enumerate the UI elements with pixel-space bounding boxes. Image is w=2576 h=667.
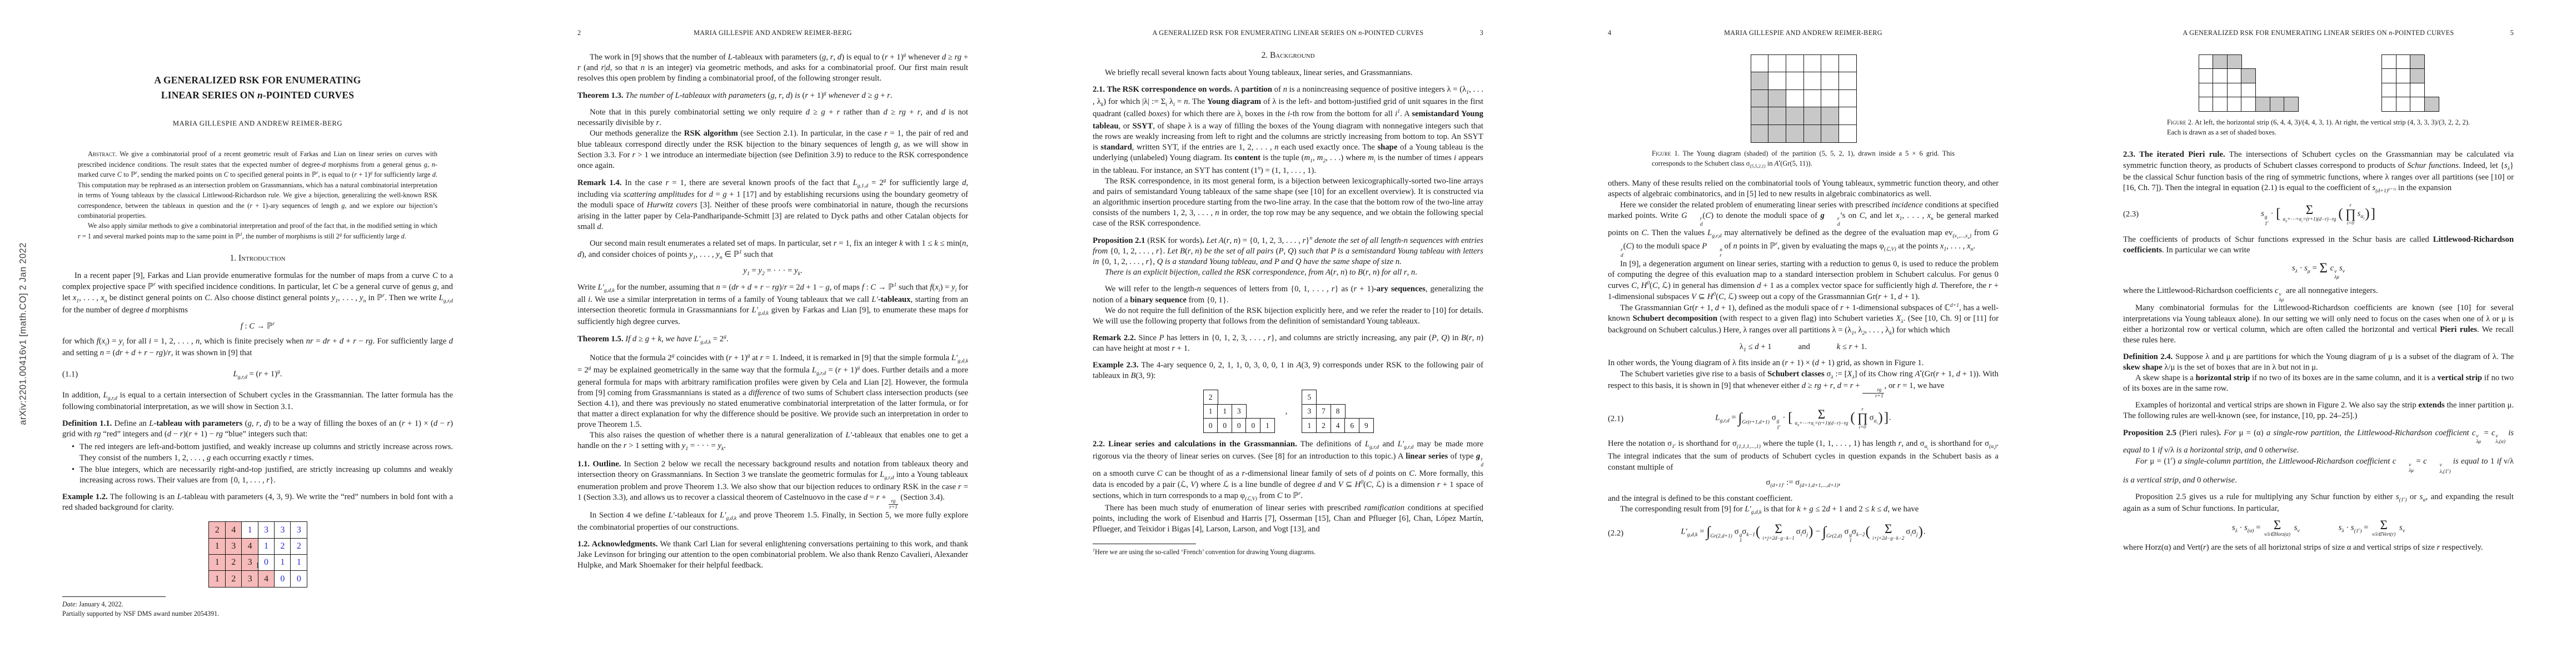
numbered-equation: (2.2)L′g,d,k = ∫Gr(2,d+1)σg1σk−1(Σi+j=2d… — [1608, 523, 1999, 544]
young-diagram-figure — [1608, 54, 1999, 143]
vertical-spacer — [2123, 38, 2514, 46]
paragraph: where the Littlewood-Richardson coeffici… — [2123, 286, 2514, 303]
paragraph: We will refer to the length-n sequences … — [1093, 284, 1483, 305]
tableau-cell: 2 — [1316, 418, 1331, 433]
tableau-cell: 3 — [1302, 404, 1317, 419]
grid-cell — [2199, 83, 2214, 98]
grid-cell — [2396, 68, 2411, 83]
grid-cell — [2227, 83, 2242, 98]
paragraph: In other words, the Young diagram of λ f… — [1608, 358, 1999, 369]
grid-row — [2199, 83, 2255, 98]
paper-authors: MARIA GILLESPIE AND ANDREW REIMER-BERG — [62, 120, 453, 128]
red-tableau-cell: 2 — [208, 521, 226, 539]
equation-body: Lg,r,d = (r + 1)g. — [233, 369, 282, 380]
grid-cell — [2227, 54, 2242, 69]
paragraph: We do not require the full definition of… — [1093, 306, 1483, 327]
paragraph: The work in [9] shows that the number of… — [577, 52, 968, 84]
grid-cell — [1803, 72, 1822, 90]
tableau-cell: 6 — [1344, 418, 1359, 433]
running-head-center: A GENERALIZED RSK FOR ENUMERATING LINEAR… — [1152, 29, 1423, 37]
equation-body: sg1r · [Σα0+⋯+αr=(r+1)(d−r)−rg(r∏i=0sαi)… — [2261, 202, 2376, 227]
grid-cell — [1751, 72, 1769, 90]
running-head — [62, 29, 453, 38]
running-head: A GENERALIZED RSK FOR ENUMERATING LINEAR… — [1093, 29, 1483, 38]
display-math: λ1 ≤ d + 1andk ≤ r + 1. — [1608, 342, 1999, 353]
paragraph: Note that in this purely combinatorial s… — [577, 107, 968, 128]
footnote-text: 1Here we are using the so-called ‘French… — [1093, 547, 1483, 557]
tableau-cell: 7 — [1316, 404, 1331, 419]
paragraph: Here the notation σ1r is shorthand for σ… — [1608, 439, 1999, 472]
paragraph: The Grassmannian Gr(r + 1, d + 1), defin… — [1608, 302, 1999, 337]
equation-body: Lg,r,d = ∫Gr(r+1,d+1)σg1r · [Σα0+⋯+αr=(r… — [1715, 406, 1891, 431]
paragraph: The corresponding result from [9] for L′… — [1608, 504, 1999, 516]
grid-cell — [2213, 68, 2228, 83]
paragraph: Many combinatorial formulas for the Litt… — [2123, 303, 2514, 345]
grid-cell — [1768, 54, 1786, 73]
blue-tableau-cell: 3 — [258, 521, 275, 539]
grid-cell — [2199, 68, 2214, 83]
tableau-cell: 0 — [1232, 418, 1247, 433]
grid-cell — [2199, 54, 2214, 69]
blue-tableau-cell: 2 — [290, 538, 307, 555]
grid-row — [1751, 72, 1856, 90]
blue-tableau-cell: 0 — [290, 570, 307, 588]
grid-cell — [1821, 107, 1839, 125]
page-4: 4MARIA GILLESPIE AND ANDREW REIMER-BERGF… — [1546, 0, 2061, 667]
grid-cell — [2213, 97, 2228, 112]
equation-number: (1.1) — [62, 370, 78, 379]
paragraph: In [9], a degeneration argument on linea… — [1608, 259, 1999, 302]
paragraph: 1.1. Outline. In Section 2 below we reca… — [577, 459, 968, 510]
numbered-equation: (2.1)Lg,r,d = ∫Gr(r+1,d+1)σg1r · [Σα0+⋯+… — [1608, 406, 1999, 431]
page-body: Figure 1. The Young diagram (shaded) of … — [1546, 38, 2061, 544]
paragraph: 1.2. Acknowledgments. We thank Carl Lian… — [577, 539, 968, 571]
grid-cell — [2284, 97, 2299, 112]
grid-cell — [1786, 54, 1804, 73]
grid-cell — [2424, 97, 2439, 112]
footer-line: Partially supported by NSF DMS award num… — [62, 609, 453, 619]
tableau-cell: 0 — [1217, 418, 1232, 433]
paragraph: In a recent paper [9], Farkas and Lian p… — [62, 271, 453, 316]
section-heading: 1. Introduction — [62, 253, 453, 263]
grid-cell — [2381, 54, 2396, 69]
paragraph: There has been much study of enumeration… — [1093, 503, 1483, 535]
paragraph: Proposition 2.5 (Pieri rules). For μ = (… — [2123, 428, 2514, 456]
paragraph: For μ = (1r) a single-column partition, … — [2123, 456, 2514, 486]
paragraph: In addition, Lg,r,d is equal to a certai… — [62, 390, 453, 413]
grid-cell — [1751, 89, 1769, 108]
grid-cell — [2381, 68, 2396, 83]
grid-cell — [1821, 54, 1839, 73]
red-tableau-cell: 2 — [225, 570, 242, 588]
grid-cell — [1803, 125, 1822, 143]
red-tableau-cell: 1 — [208, 538, 226, 555]
grid-cell — [1821, 72, 1839, 90]
paragraph: A skew shape is a horizontal strip if no… — [2123, 373, 2514, 394]
paragraph: others. Many of these results relied on … — [1608, 178, 1999, 200]
page-body: 2. BackgroundWe briefly recall several k… — [1030, 51, 1546, 557]
paragraph: Remark 2.2. Since P has letters in {0, 1… — [1093, 333, 1483, 354]
grid-cell — [1803, 89, 1822, 108]
grid-cell — [1838, 89, 1857, 108]
grid-row — [1751, 107, 1856, 125]
grid-cell — [1821, 89, 1839, 108]
page-body: A GENERALIZED RSK FOR ENUMERATINGLINEAR … — [0, 73, 515, 619]
paragraph: 2.3. The iterated Pieri rule. The inters… — [2123, 150, 2514, 195]
page-5: A GENERALIZED RSK FOR ENUMERATING LINEAR… — [2061, 0, 2576, 667]
grid-cell — [1786, 89, 1804, 108]
arxiv-watermark-text: arXiv:2201.00416v1 [math.CO] 2 Jan 2022 — [18, 242, 29, 425]
grid-cell — [2410, 97, 2425, 112]
paragraph: for which f(xi) = yi for all i = 1, 2, .… — [62, 336, 453, 359]
grid-cell — [2227, 68, 2242, 83]
paragraph: Here we consider the related problem of … — [1608, 200, 1999, 259]
display-math: y1 = y2 = · · · = yk. — [577, 266, 968, 277]
paragraph: The coefficients of products of Schur fu… — [2123, 235, 2514, 256]
grid-cell — [1786, 125, 1804, 143]
grid-cell — [2396, 97, 2411, 112]
grid-cell — [2396, 83, 2411, 98]
grid-row — [2381, 68, 2424, 83]
section-heading: 2. Background — [1093, 51, 1483, 61]
page-3: A GENERALIZED RSK FOR ENUMERATING LINEAR… — [1030, 0, 1546, 667]
paragraph: 2.1. The RSK correspondence on words. A … — [1093, 84, 1483, 176]
paragraph: Our methods generalize the RSK algorithm… — [577, 128, 968, 171]
grid-row — [1751, 125, 1856, 143]
l-tableau-figure: 241333134122123011123400 — [62, 521, 453, 588]
grid-cell — [1751, 107, 1769, 125]
paragraph: Proposition 2.5 gives us a rule for mult… — [2123, 492, 2514, 515]
running-head-center: MARIA GILLESPIE AND ANDREW REIMER-BERG — [694, 29, 852, 37]
paragraph: Our second main result enumerates a rela… — [577, 238, 968, 262]
grid-cell — [2227, 97, 2242, 112]
grid-row — [1751, 54, 1856, 73]
grid-cell — [1838, 54, 1857, 73]
bullet-list: The red integers are left-and-bottom jus… — [71, 442, 453, 485]
grid-cell — [2410, 68, 2425, 83]
grid-row — [2199, 54, 2241, 69]
running-head-left: 4 — [1608, 29, 1611, 37]
red-tableau-cell: 4 — [258, 570, 275, 588]
grid-cell — [1786, 72, 1804, 90]
grid-cell — [2270, 97, 2285, 112]
paragraph: Example 1.2. The following is an L-table… — [62, 492, 453, 513]
running-head: 2MARIA GILLESPIE AND ANDREW REIMER-BERG — [577, 29, 968, 38]
tableau-row: 378 — [1302, 404, 1344, 419]
grid-cell — [1803, 107, 1822, 125]
grid-cell — [2213, 83, 2228, 98]
tableau-cell: 4 — [1331, 418, 1346, 433]
display-math: sλ · sμ = Σ cνλμsν — [2123, 261, 2514, 281]
front-matter-footer: Date: January 4, 2022.Partially supporte… — [62, 596, 453, 619]
grid-cell — [1751, 125, 1769, 143]
tableau-cell: 0 — [1203, 418, 1218, 433]
running-head-right: 5 — [2510, 29, 2514, 37]
vertical-spacer — [2123, 137, 2514, 150]
tableau-row: 5 — [1302, 390, 1316, 405]
grid-row — [2199, 68, 2255, 83]
red-tableau-cell: 3 — [241, 570, 258, 588]
blue-tableau-cell: 1 — [258, 538, 275, 555]
grid-cell — [1786, 107, 1804, 125]
bullet-item: The red integers are left-and-bottom jus… — [71, 442, 453, 463]
grid-cell — [2241, 83, 2256, 98]
bullet-item: The blue integers, which are necessarily… — [71, 465, 453, 486]
tableau-row: 123400 — [208, 570, 306, 588]
grid-row — [2381, 54, 2424, 69]
tableau-row: 00001 — [1203, 418, 1274, 433]
paragraph: where Horz(α) and Vert(r) are the sets o… — [2123, 542, 2514, 553]
figure-caption: Figure 2. At left, the horizontal strip … — [2167, 117, 2470, 137]
red-tableau-cell: 4 — [225, 521, 242, 539]
paragraph: Remark 1.4. In the case r = 1, there are… — [577, 177, 968, 232]
bottom-page-number: 1 — [0, 561, 515, 570]
blue-tableau-cell: 3 — [274, 521, 291, 539]
rsk-tableau-pair: 211300001,537812469 — [1093, 390, 1483, 433]
paragraph: 2.2. Linear series and calculations in t… — [1093, 439, 1483, 503]
horizontal-strip-grid — [2199, 54, 2298, 112]
grid-cell — [1838, 107, 1857, 125]
grid-cell — [2410, 54, 2425, 69]
numbered-equation: (2.3)sg1r · [Σα0+⋯+αr=(r+1)(d−r)−rg(r∏i=… — [2123, 202, 2514, 227]
paragraph: We briefly recall several known facts ab… — [1093, 68, 1483, 78]
tableau-cell: 5 — [1302, 390, 1317, 405]
tableau-row: 134122 — [208, 538, 306, 555]
running-head: 4MARIA GILLESPIE AND ANDREW REIMER-BERG — [1608, 29, 1999, 38]
grid-cell — [2255, 97, 2270, 112]
grid-row — [2381, 83, 2424, 98]
grid-cell — [2241, 97, 2256, 112]
tableau-cell: 8 — [1331, 404, 1346, 419]
tableau-cell: 1 — [1203, 404, 1218, 419]
grid-row — [1751, 89, 1856, 108]
paragraph: Proposition 2.1 (RSK for words). Let A(r… — [1093, 235, 1483, 267]
tableau-cell: 1 — [1260, 418, 1275, 433]
figure-caption: Figure 1. The Young diagram (shaded) of … — [1652, 148, 1955, 170]
tableau-cell: 2 — [1203, 390, 1218, 405]
paragraph: The RSK correspondence, in its most gene… — [1093, 176, 1483, 230]
grid-cell — [2396, 54, 2411, 69]
red-tableau-cell: 1 — [208, 570, 226, 588]
tableau-row: 241333 — [208, 521, 306, 539]
blue-tableau-cell: 0 — [274, 570, 291, 588]
paper-abstract: Abstract. We give a combinatorial proof … — [78, 149, 437, 241]
red-tableau-cell: 4 — [241, 538, 258, 555]
paragraph: This also raises the question of whether… — [577, 430, 968, 453]
running-head-center: MARIA GILLESPIE AND ANDREW REIMER-BERG — [1724, 29, 1882, 37]
tableau-row: 12469 — [1302, 418, 1373, 433]
grid-cell — [1751, 54, 1769, 73]
paragraph: There is an explicit bijection, called t… — [1093, 267, 1483, 278]
tableau-cell: 1 — [1217, 404, 1232, 419]
grid-cell — [1821, 125, 1839, 143]
equation-body: L′g,d,k = ∫Gr(2,d+1)σg1σk−1(Σi+j=2d−g−k−… — [1681, 523, 1925, 544]
equation-number: (2.3) — [2123, 210, 2139, 220]
tableau-cell: 1 — [1302, 418, 1317, 433]
blue-tableau-cell: 2 — [274, 538, 291, 555]
grid-row — [2381, 97, 2438, 112]
grid-cell — [2199, 97, 2214, 112]
footnote: 1Here we are using the so-called ‘French… — [1093, 544, 1483, 557]
tableau-cell: 3 — [1232, 404, 1247, 419]
running-head: A GENERALIZED RSK FOR ENUMERATING LINEAR… — [2123, 29, 2514, 38]
blue-tableau-cell: 1 — [241, 521, 258, 539]
vertical-strip-grid — [2381, 54, 2438, 112]
grid-cell — [1838, 125, 1857, 143]
grid-cell — [1803, 54, 1822, 73]
paragraph: Write L′g,d,k for the number, assuming t… — [577, 282, 968, 327]
insertion-tableau-P: 211300001 — [1203, 390, 1274, 433]
tableau-row: 2 — [1203, 390, 1218, 405]
equation-number: (2.2) — [1608, 529, 1623, 539]
document-canvas: arXiv:2201.00416v1 [math.CO] 2 Jan 2022 … — [0, 0, 2576, 667]
tableau-cell: 0 — [1245, 418, 1260, 433]
l-tableau: 241333134122123011123400 — [208, 521, 306, 588]
display-math: f : C → ℙr — [62, 321, 453, 331]
grid-cell — [2381, 83, 2396, 98]
tableau-row: 113 — [1203, 404, 1246, 419]
grid-cell — [2410, 83, 2425, 98]
running-head-right: 3 — [1480, 29, 1483, 37]
grid-cell — [1768, 125, 1786, 143]
vertical-spacer — [577, 38, 968, 52]
footnote-rule — [1093, 544, 1196, 544]
footer-line: Date: January 4, 2022. — [62, 600, 453, 609]
red-tableau-cell: 3 — [225, 538, 242, 555]
comma-separator: , — [1285, 407, 1288, 416]
paragraph: Theorem 1.5. If d ≥ g + k, we have L′g,d… — [577, 333, 968, 346]
page-2: 2MARIA GILLESPIE AND ANDREW REIMER-BERGT… — [515, 0, 1030, 667]
paper-title: A GENERALIZED RSK FOR ENUMERATINGLINEAR … — [62, 73, 453, 103]
grid-row — [2199, 97, 2298, 112]
paragraph: Theorem 1.3. The number of L-tableaux wi… — [577, 90, 968, 101]
paragraph: Example 2.3. The 4-ary sequence 0, 2, 1,… — [1093, 360, 1483, 381]
paragraph: Definition 2.4. Suppose λ and μ are part… — [2123, 352, 2514, 373]
grid-cell — [1768, 72, 1786, 90]
grid-cell — [2213, 54, 2228, 69]
paragraph: Definition 1.1. Define an L-tableau with… — [62, 419, 453, 440]
page-body: Figure 2. At left, the horizontal strip … — [2061, 38, 2576, 553]
grid-cell — [2381, 97, 2396, 112]
recording-tableau-Q: 537812469 — [1302, 390, 1373, 433]
grid-cell — [1838, 72, 1857, 90]
blue-tableau-cell: 3 — [290, 521, 307, 539]
paragraph: Examples of horizontal and vertical stri… — [2123, 400, 2514, 421]
equation-number: (2.1) — [1608, 414, 1623, 424]
paragraph: In Section 4 we define L′-tableaux for L… — [577, 510, 968, 533]
vertical-spacer — [1608, 38, 1999, 46]
page-body: The work in [9] shows that the number of… — [515, 38, 1030, 571]
vertical-spacer — [1608, 170, 1999, 178]
arxiv-watermark: arXiv:2201.00416v1 [math.CO] 2 Jan 2022 — [8, 0, 39, 667]
tableau-cell: 9 — [1359, 418, 1374, 433]
skew-strips-figure — [2123, 54, 2514, 112]
display-math: sλ · s(α) = Σν/λ∈Horz(α) sνsλ · s(1r) = … — [2123, 519, 2514, 537]
numbered-equation: (1.1)Lg,r,d = (r + 1)g. — [62, 366, 453, 383]
paragraph: The Schubert varieties give rise to a ba… — [1608, 369, 1999, 399]
running-head-left: 2 — [577, 29, 581, 37]
footer-rule — [62, 596, 166, 597]
running-head-center: A GENERALIZED RSK FOR ENUMERATING LINEAR… — [2183, 29, 2454, 37]
display-math: σ(d+1)r := σ(d+1,d+1,...,d+1), — [1608, 478, 1999, 489]
paragraph: Notice that the formula 2g coincides wit… — [577, 352, 968, 430]
paragraph: and the integral is defined to be this c… — [1608, 494, 1999, 504]
page-1: A GENERALIZED RSK FOR ENUMERATINGLINEAR … — [0, 0, 515, 667]
young-grid — [1751, 54, 1856, 143]
grid-cell — [1768, 89, 1786, 108]
grid-cell — [1768, 107, 1786, 125]
grid-cell — [2241, 68, 2256, 83]
